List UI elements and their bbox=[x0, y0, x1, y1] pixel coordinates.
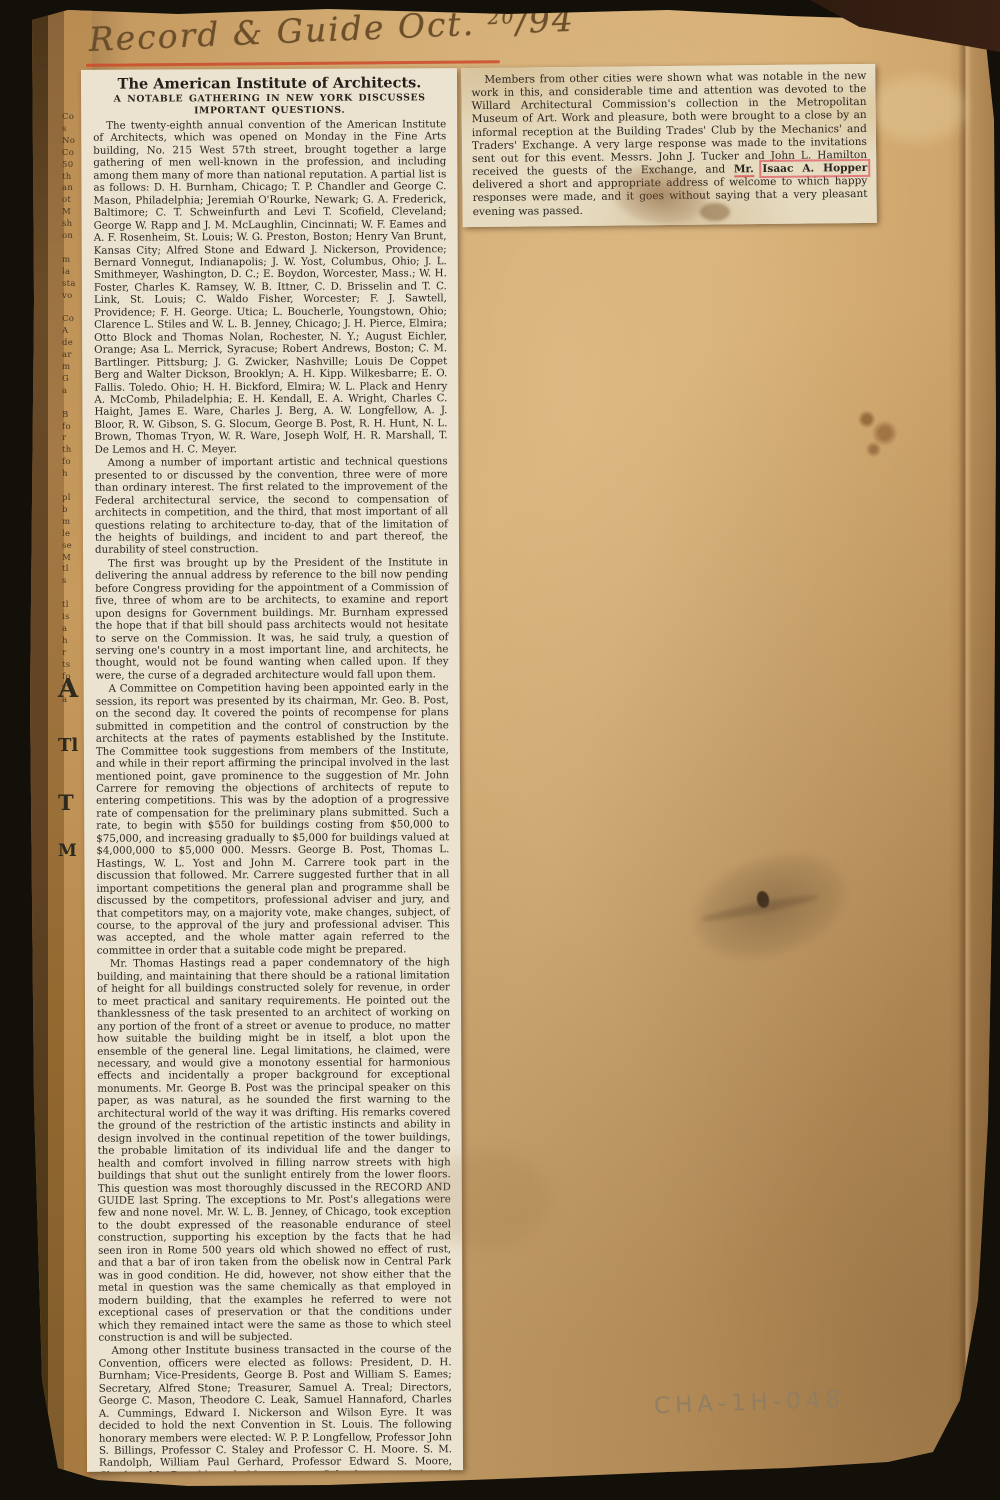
margin-letter: A bbox=[58, 674, 78, 704]
side-clipping-paragraph: Members from other cities were shown wha… bbox=[471, 70, 867, 219]
charcoal-smudge-streak bbox=[700, 892, 820, 925]
handwritten-caption: Record & Guide Oct. 20/94 bbox=[88, 2, 519, 59]
charcoal-smudge bbox=[678, 834, 861, 979]
article-paragraph-3: The first was brought up by the Presiden… bbox=[95, 556, 449, 682]
article-paragraph-2: Among a number of important artistic and… bbox=[95, 455, 448, 556]
article-paragraph-1: The twenty-eighth annual convention of t… bbox=[93, 118, 447, 456]
charcoal-smudge-core bbox=[755, 890, 770, 909]
scrapbook-page: Co s No Co 50 th an ot M sh on m la sta … bbox=[28, 0, 998, 1500]
article-title: The American Institute of Architects. bbox=[93, 74, 446, 93]
article-subtitle: A NOTABLE GATHERING IN NEW YORK DISCUSSE… bbox=[93, 92, 446, 117]
article-paragraph-6: Among other Institute business transacte… bbox=[99, 1344, 453, 1472]
red-boxed-name: Isaac A. Hopper bbox=[762, 162, 867, 175]
archive-code: CHA-1H-048 bbox=[654, 1387, 846, 1420]
red-underlined-text: Mr. bbox=[734, 163, 754, 177]
side-clipping: Members from other cities were shown wha… bbox=[461, 64, 877, 227]
article-paragraph-5: Mr. Thomas Hastings read a paper condemn… bbox=[97, 957, 452, 1345]
main-article-clipping: The American Institute of Architects. A … bbox=[81, 68, 463, 1472]
scan-background: Co s No Co 50 th an ot M sh on m la sta … bbox=[0, 0, 1000, 1500]
side-text: delivered a short and appropriate addres… bbox=[472, 175, 867, 217]
red-ink-underline bbox=[86, 60, 500, 67]
caption-day-superscript: 20 bbox=[487, 6, 516, 29]
caption-year: /94 bbox=[515, 0, 576, 41]
page-crease bbox=[958, 36, 972, 1436]
side-text-space bbox=[754, 163, 763, 175]
brown-spots bbox=[850, 403, 906, 461]
light-water-stain bbox=[870, 76, 966, 142]
article-paragraph-4: A Committee on Competition having been a… bbox=[96, 682, 450, 958]
margin-letter: M bbox=[58, 841, 77, 861]
margin-letter: Tl bbox=[58, 735, 78, 756]
margin-letter: T bbox=[58, 790, 74, 815]
caption-text: Record & Guide Oct. bbox=[88, 4, 476, 59]
